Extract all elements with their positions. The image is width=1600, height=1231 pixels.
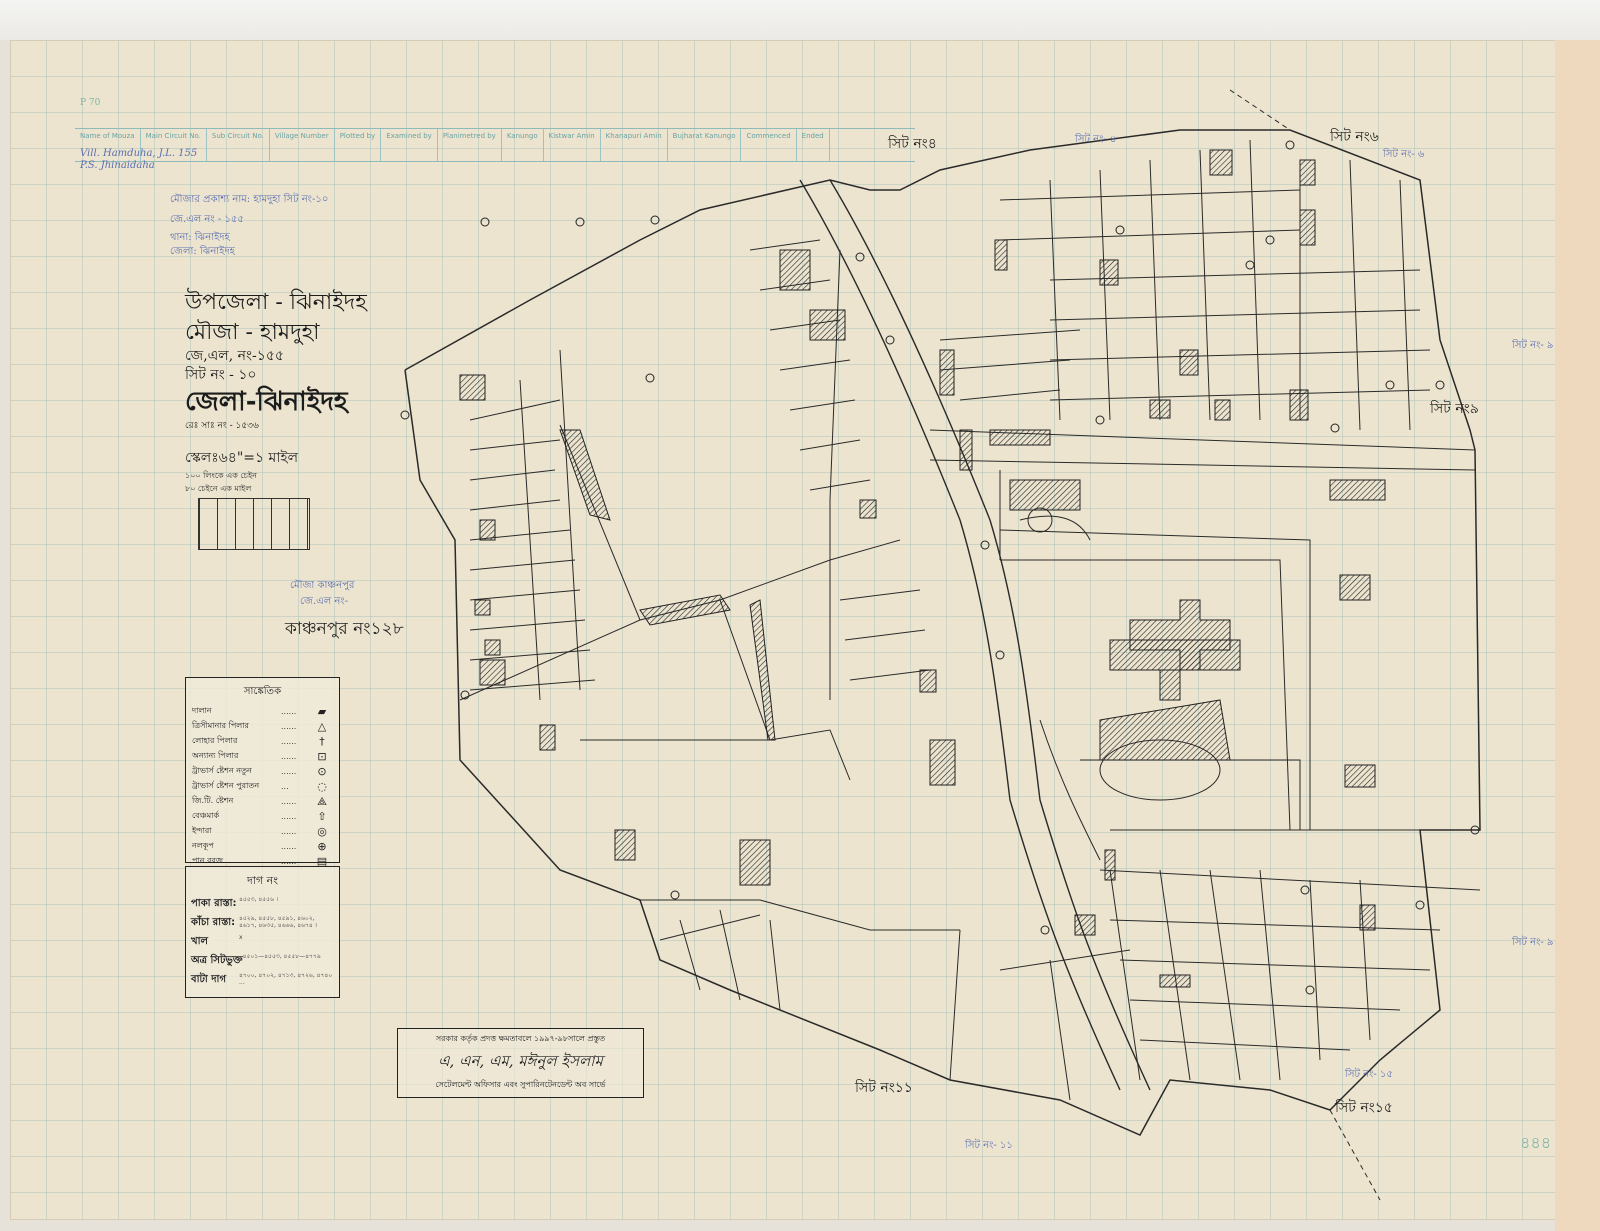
blue-sheet-label: সিট নং- ৪ xyxy=(1075,132,1116,149)
cadastral-map-drawing xyxy=(0,0,1600,1231)
blue-sheet-label: সিট নং- ৬ xyxy=(1383,147,1424,164)
blue-sheet-label: সিট নং- ৯ xyxy=(1512,935,1553,952)
sheet-6-label: সিট নং৬ xyxy=(1330,125,1379,149)
sheet-4-label: সিট নং৪ xyxy=(888,132,937,156)
sheet-15-label: সিট নং১৫ xyxy=(1335,1096,1393,1120)
blue-sheet-label: সিট নং- ৯ xyxy=(1512,338,1553,355)
sheet-stamp: ৪৪৪ xyxy=(1520,1130,1551,1157)
sheet-9-label: সিট নং৯ xyxy=(1430,397,1479,421)
blue-sheet-label: সিট নং- ১১ xyxy=(965,1138,1013,1155)
sheet-11-label: সিট নং১১ xyxy=(855,1076,913,1100)
blue-sheet-label: সিট নং- ১৫ xyxy=(1345,1067,1393,1084)
